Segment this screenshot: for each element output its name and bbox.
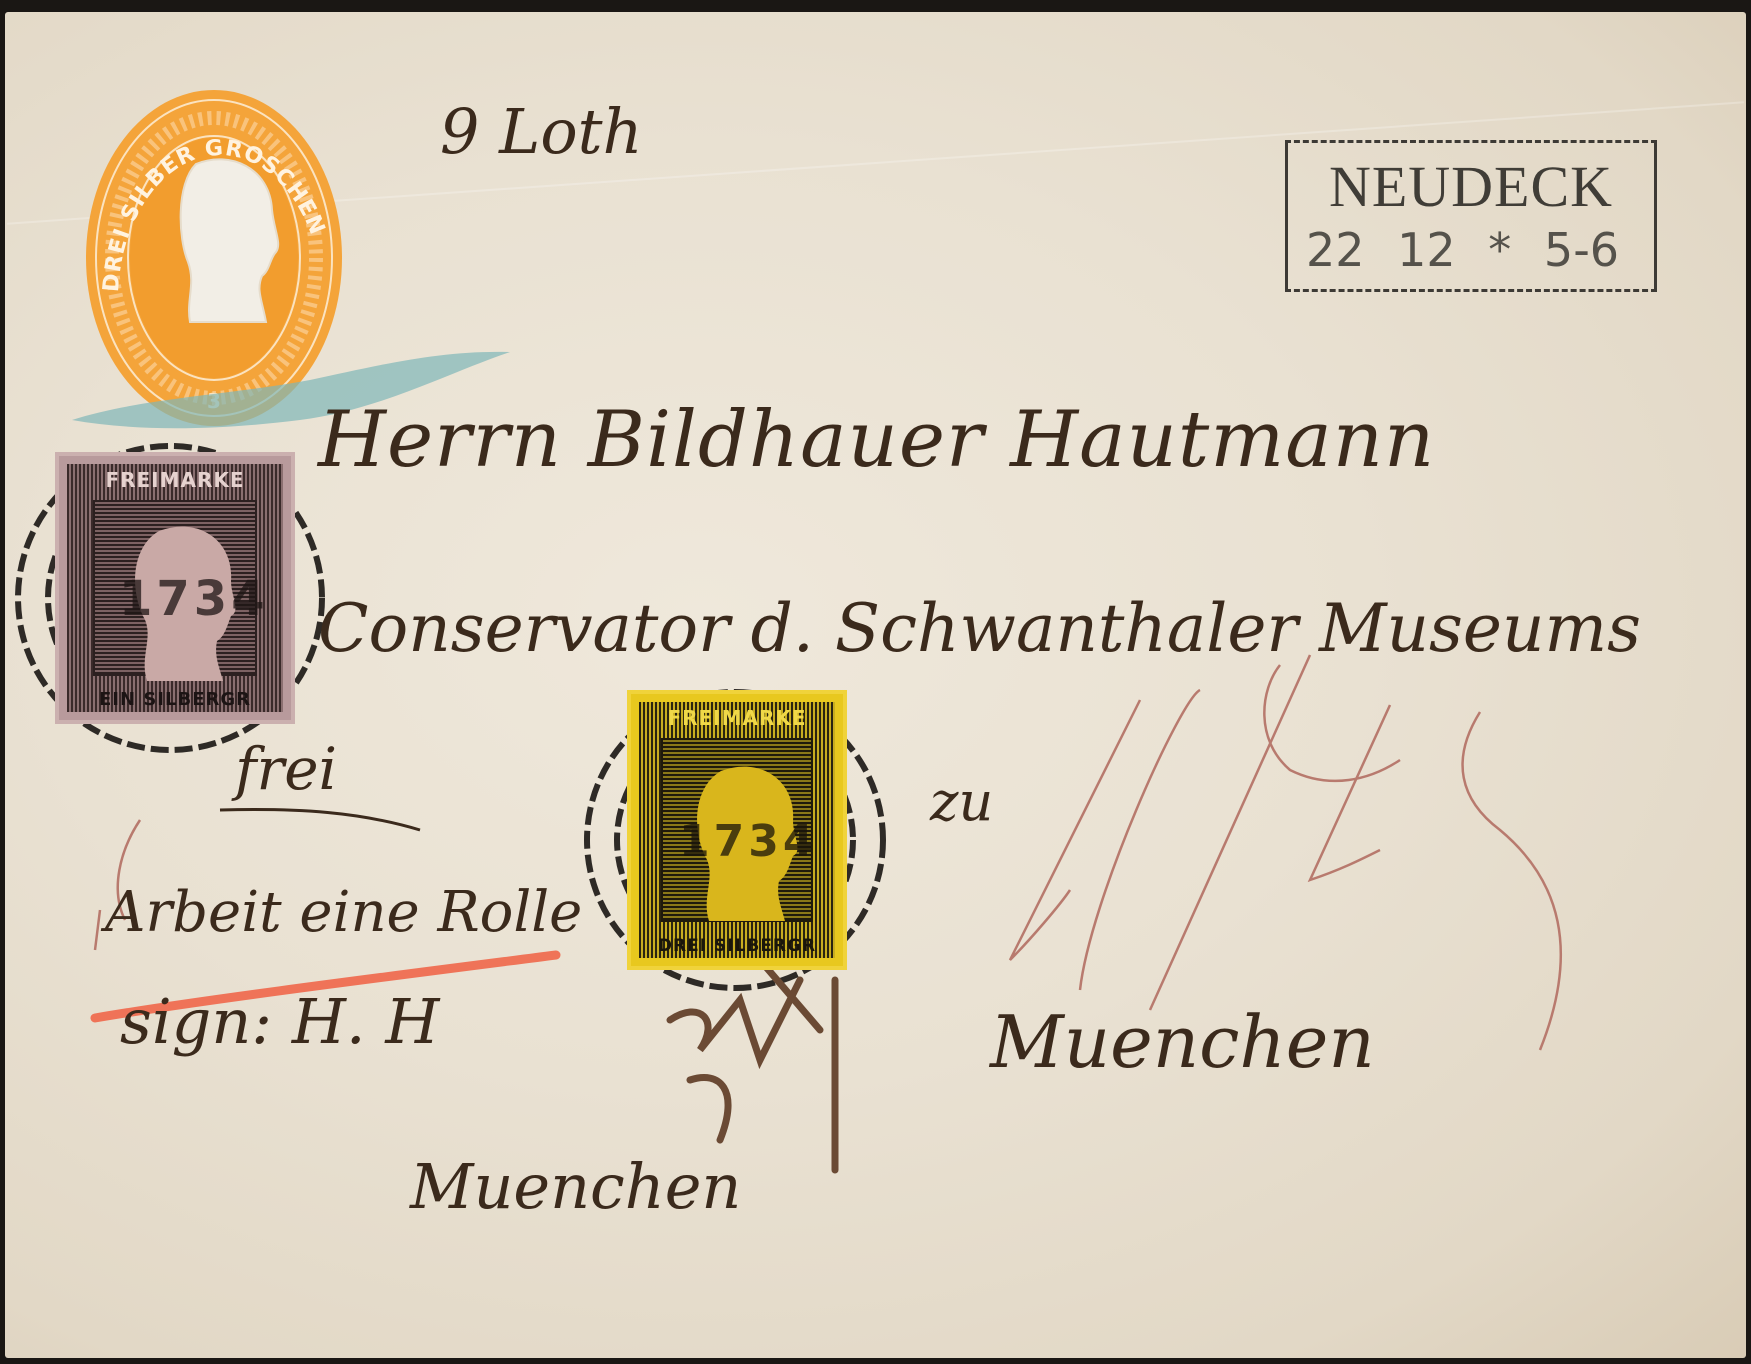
postmark-town: NEUDECK [1288,153,1654,220]
brown-scribble [670,960,835,1170]
note-line-2: sign: H. H [120,985,439,1058]
stamp-1-silbergroschen: FREIMARKE EIN SILBERGR 1734 [55,452,295,724]
stamp-bottom-text: DREI SILBERGR [631,936,843,956]
postmark-date: 22 12 * 5-6 [1306,223,1636,277]
stamp-top-text: FREIMARKE [631,706,843,730]
address-line-4: Muenchen [990,1000,1375,1084]
frei-note: frei [235,735,337,803]
imprinted-stamp: 3 DREI SILBER GROSCHEN [86,90,342,426]
weight-note: 9 Loth [440,95,643,168]
address-line-1: Herrn Bildhauer Hautmann [318,395,1435,485]
stamp-top-text: FREIMARKE [59,468,291,492]
stamp-bottom-text: EIN SILBERGR [59,689,291,710]
stamp-cancel-number: 1734 [119,571,269,627]
sender-city: Muenchen [410,1150,741,1223]
frei-underline [220,810,420,830]
address-line-2: Conservator d. Schwanthaler Museums [318,590,1641,667]
address-line-3: zu [930,770,993,833]
note-line-1: Arbeit eine Rolle [105,880,582,945]
stamp-cancel-number: 1734 [679,816,817,867]
neudeck-postmark: NEUDECK 22 12 * 5-6 [1285,140,1657,292]
stamp-3-silbergroschen: FREIMARKE DREI SILBERGR 1734 [627,690,847,970]
